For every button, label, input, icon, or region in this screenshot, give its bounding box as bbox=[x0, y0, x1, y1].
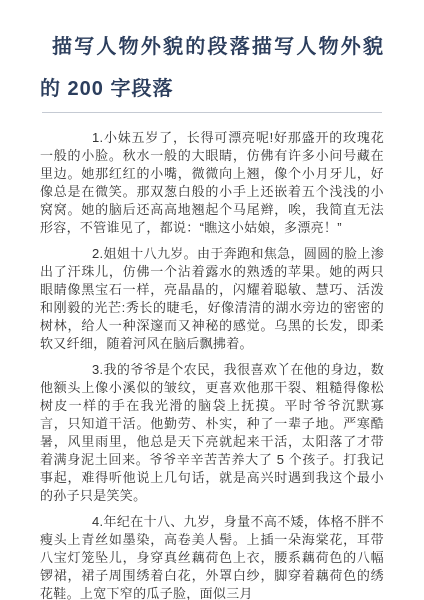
document-header: 描写人物外貌的段落描写人物外貌的 200 字段落 bbox=[40, 26, 384, 113]
paragraph-1: 1.小妹五岁了，长得可漂亮呢!好那盛开的玫瑰花一般的小脸。秋水一般的大眼睛，仿佛… bbox=[40, 129, 384, 237]
title-divider bbox=[42, 112, 382, 113]
paragraph-3: 3.我的爷爷是个农民，我很喜欢丫在他的身边，数他额头上像小溪似的皱纹，更喜欢他那… bbox=[40, 361, 384, 505]
page-title: 描写人物外貌的段落描写人物外貌的 200 字段落 bbox=[40, 26, 384, 110]
document-body: 1.小妹五岁了，长得可漂亮呢!好那盛开的玫瑰花一般的小脸。秋水一般的大眼睛，仿佛… bbox=[40, 129, 384, 600]
document-page: 描写人物外貌的段落描写人物外貌的 200 字段落 1.小妹五岁了，长得可漂亮呢!… bbox=[0, 0, 424, 600]
paragraph-4: 4.年纪在十八、九岁，身量不高不矮，体格不胖不瘦头上青丝如墨染，高卷美人髻。上插… bbox=[40, 513, 384, 600]
paragraph-2: 2.姐姐十八九岁。由于奔跑和焦急，圆圆的脸上渗出了汗珠儿，仿佛一个沾着露水的熟透… bbox=[40, 245, 384, 353]
